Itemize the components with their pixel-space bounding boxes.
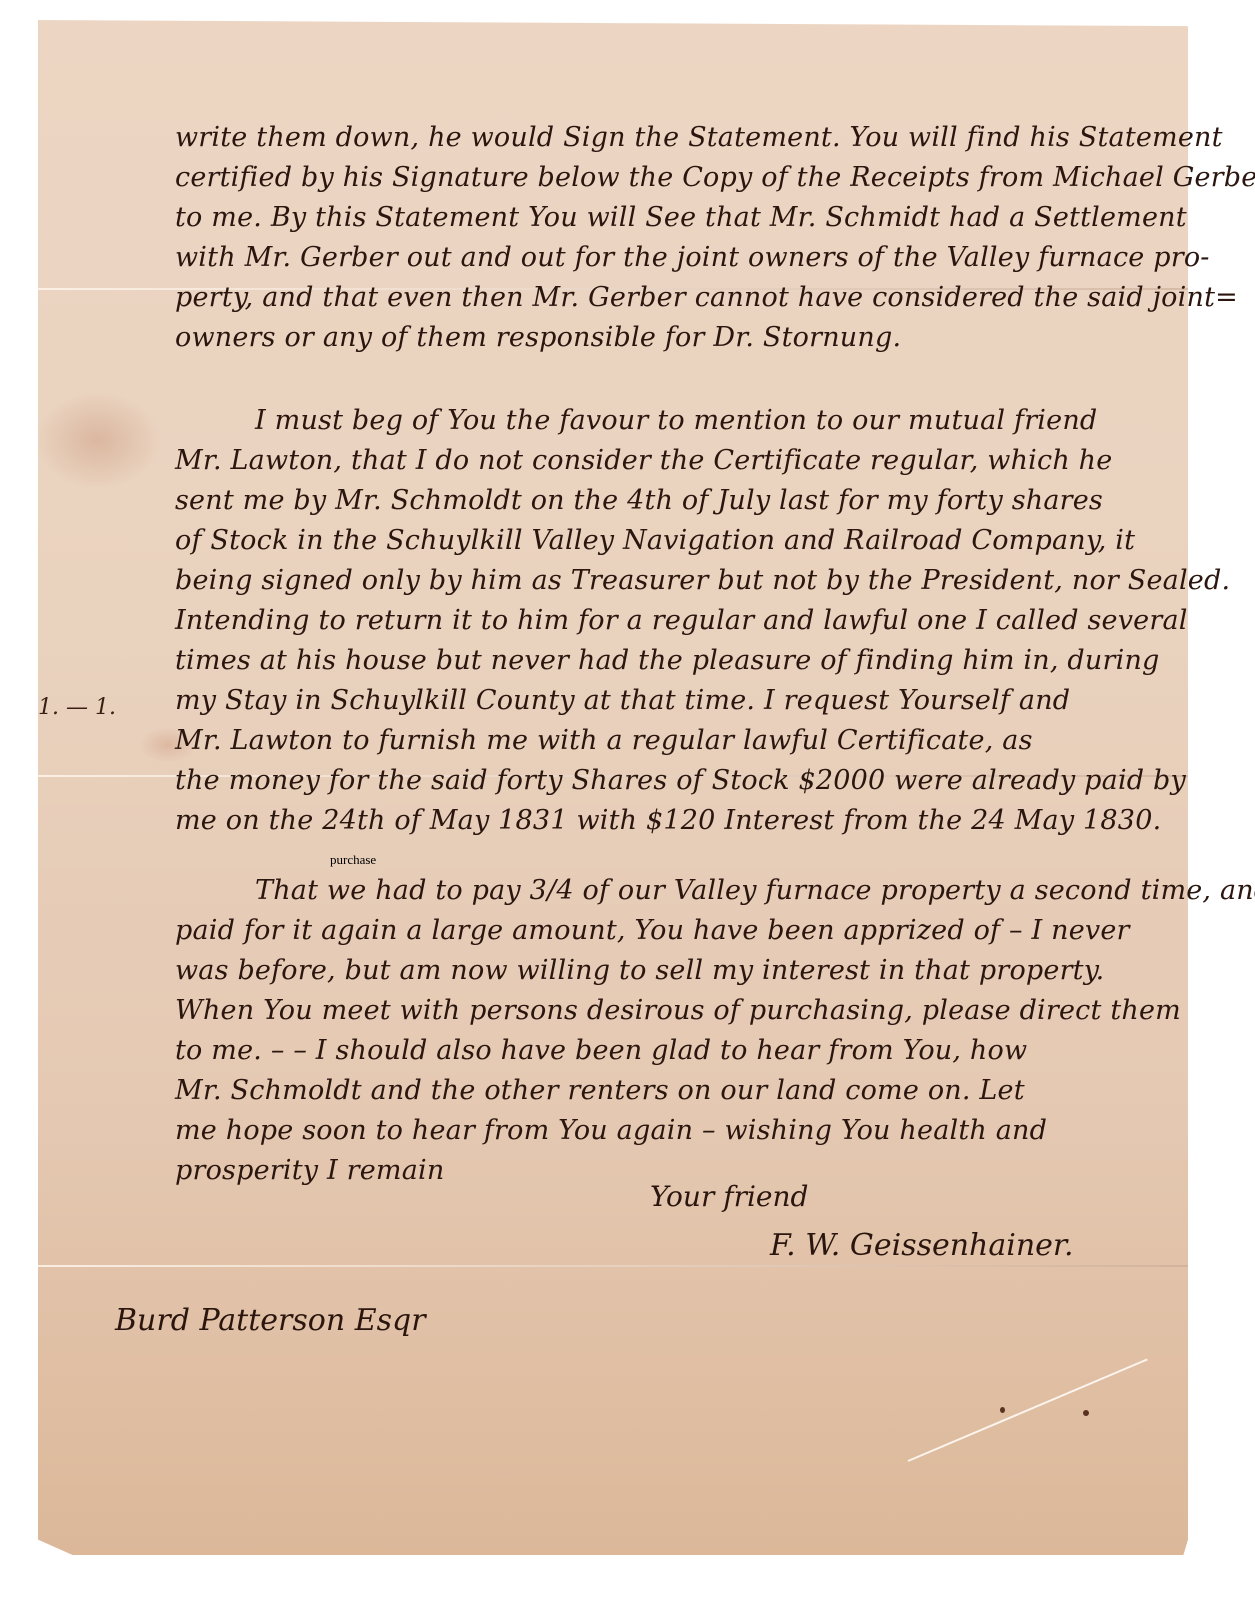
paragraph-1: write them down, he would Sign the State… [175, 118, 1195, 358]
text-line: sent me by Mr. Schmoldt on the 4th of Ju… [175, 481, 1195, 521]
signature: F. W. Geissenhainer. [770, 1228, 1074, 1263]
paper-tear [908, 1358, 1148, 1461]
text-line: of Stock in the Schuylkill Valley Naviga… [175, 521, 1195, 561]
text-line: me hope soon to hear from You again – wi… [175, 1111, 1195, 1151]
text-line: I must beg of You the favour to mention … [175, 401, 1195, 441]
text-line: Intending to return it to him for a regu… [175, 601, 1195, 641]
text-line: was before, but am now willing to sell m… [175, 951, 1195, 991]
paragraph-2: I must beg of You the favour to mention … [175, 401, 1195, 841]
text-line: to me. By this Statement You will See th… [175, 198, 1195, 238]
text-line: That we had to pay 3/4 of our Valley fur… [175, 871, 1195, 911]
insertion-note: purchase [330, 852, 376, 868]
text-line: the money for the said forty Shares of S… [175, 761, 1195, 801]
text-line: to me. – – I should also have been glad … [175, 1031, 1195, 1071]
margin-note: 1. — 1. [38, 695, 116, 720]
text-line: owners or any of them responsible for Dr… [175, 318, 1195, 358]
text-line: perty, and that even then Mr. Gerber can… [175, 278, 1195, 318]
text-line: certified by his Signature below the Cop… [175, 158, 1195, 198]
text-line: paid for it again a large amount, You ha… [175, 911, 1195, 951]
paragraph-3: That we had to pay 3/4 of our Valley fur… [175, 871, 1195, 1191]
fold-crease [38, 1265, 1188, 1267]
closing-salutation: Your friend [650, 1180, 808, 1213]
text-line: Mr. Schmoldt and the other renters on ou… [175, 1071, 1195, 1111]
text-line: Mr. Lawton, that I do not consider the C… [175, 441, 1195, 481]
text-line: me on the 24th of May 1831 with $120 Int… [175, 801, 1195, 841]
addressee: Burd Patterson Esqr [115, 1303, 426, 1338]
ink-spot [1083, 1410, 1089, 1416]
text-line: When You meet with persons desirous of p… [175, 991, 1195, 1031]
letter-body: write them down, he would Sign the State… [175, 118, 1195, 1191]
text-line: write them down, he would Sign the State… [175, 118, 1195, 158]
text-line: my Stay in Schuylkill County at that tim… [175, 681, 1195, 721]
ink-spot [1000, 1407, 1005, 1413]
text-line: Mr. Lawton to furnish me with a regular … [175, 721, 1195, 761]
text-line: being signed only by him as Treasurer bu… [175, 561, 1195, 601]
text-line: with Mr. Gerber out and out for the join… [175, 238, 1195, 278]
text-line: times at his house but never had the ple… [175, 641, 1195, 681]
